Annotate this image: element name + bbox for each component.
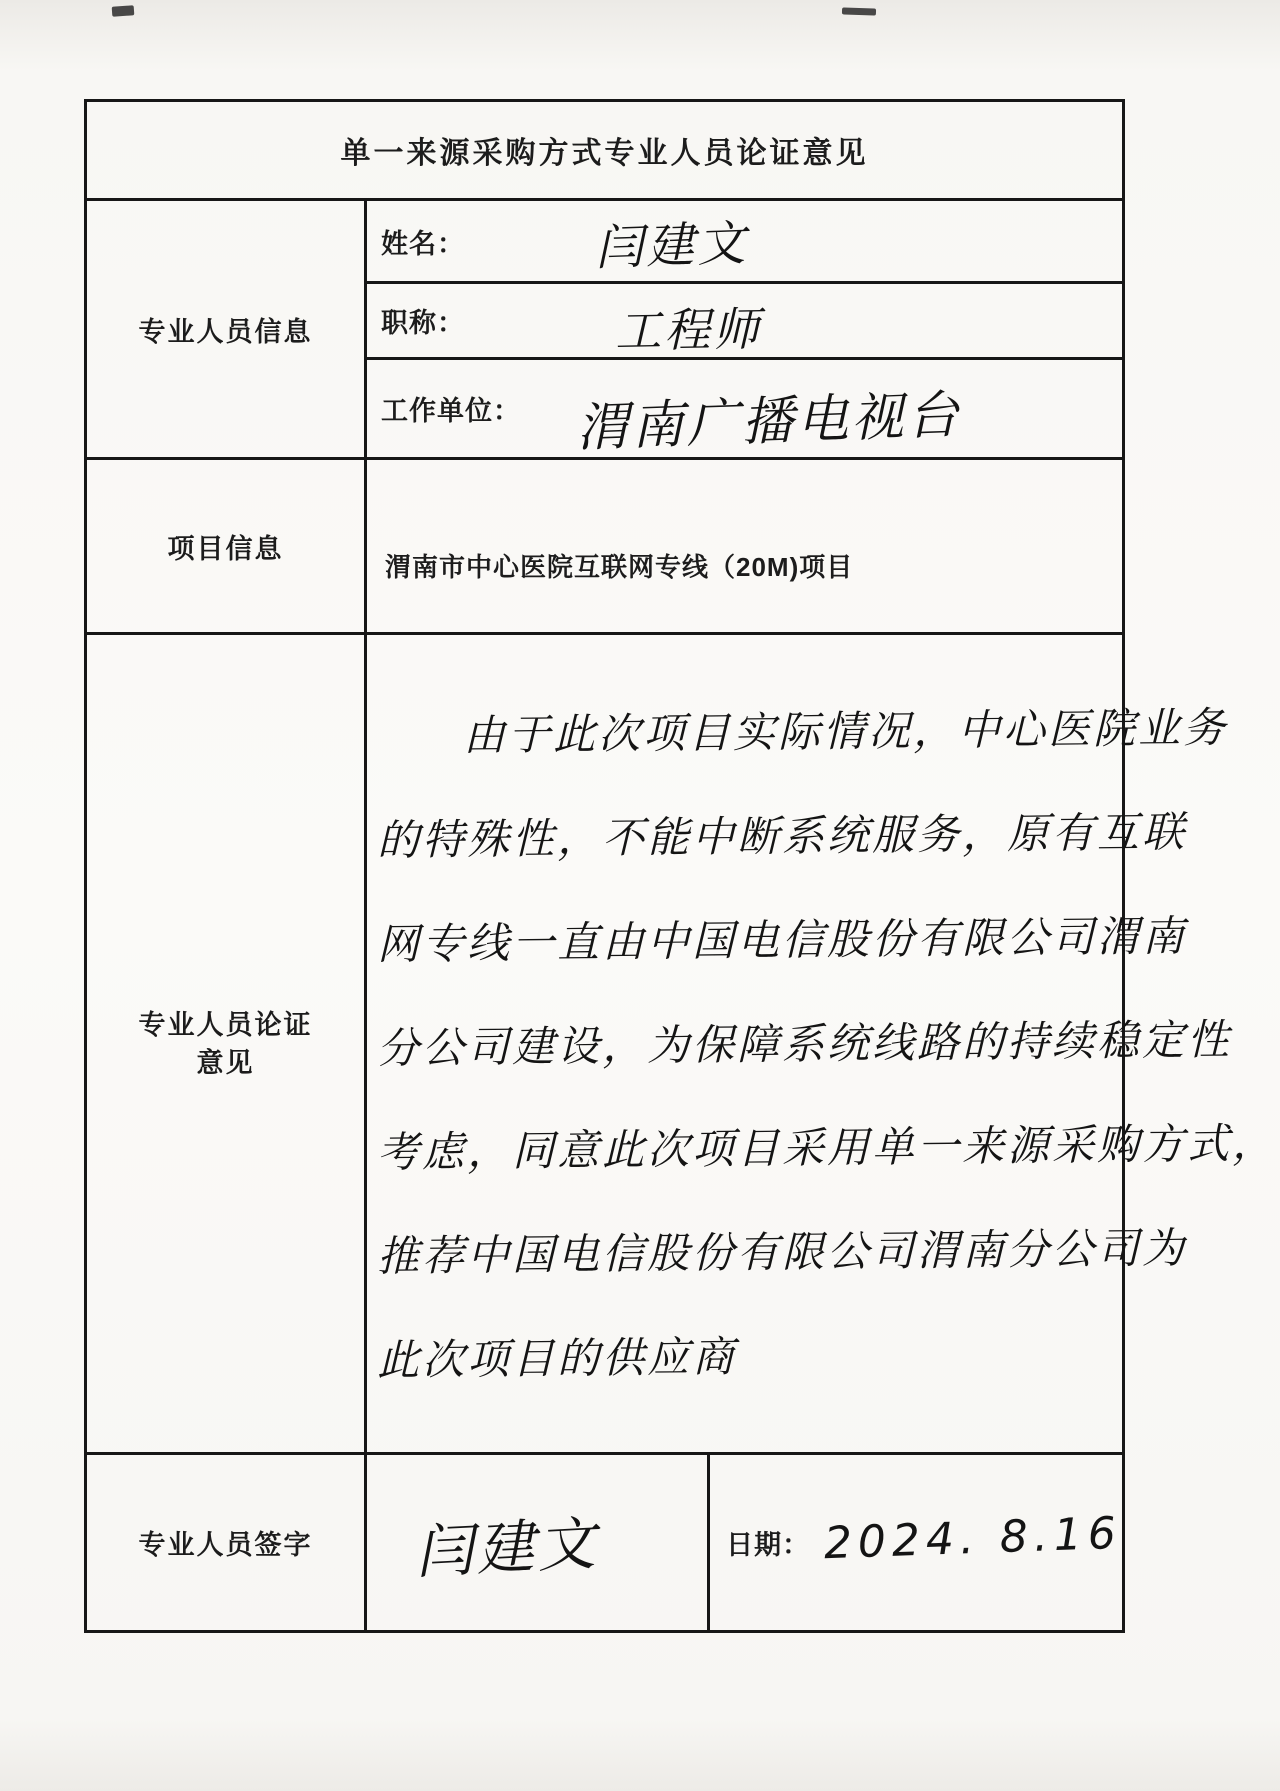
signature-section-label: 专业人员签字 bbox=[87, 1455, 367, 1630]
signature-handwritten-value: 闫建文 bbox=[413, 1496, 600, 1589]
opinion-label-line1: 专业人员论证 bbox=[139, 1006, 313, 1044]
opinion-row: 专业人员论证 意见 由于此次项目实际情况，中心医院业务 的特殊性，不能中断系统服… bbox=[87, 632, 1122, 1452]
work-unit-label: 工作单位： bbox=[381, 389, 521, 428]
opinion-line: 网专线一直由中国电信股份有限公司渭南 bbox=[376, 880, 1277, 993]
date-label: 日期： bbox=[726, 1523, 810, 1562]
personnel-section-label: 专业人员信息 bbox=[87, 201, 367, 457]
project-info-row: 项目信息 渭南市中心医院互联网专线（20M)项目 bbox=[87, 457, 1122, 632]
scanned-document-page: { "title": "单一来源采购方式专业人员论证意见", "personne… bbox=[0, 0, 1280, 1791]
project-section-label: 项目信息 bbox=[87, 460, 367, 632]
personnel-info-row: 专业人员信息 姓名： 闫建文 职称： 工程师 工作单位： 渭南广播电视台 bbox=[87, 198, 1122, 457]
opinion-line: 考虑，同意此次项目采用单一来源采购方式， bbox=[376, 1088, 1277, 1201]
title-row: 单一来源采购方式专业人员论证意见 bbox=[87, 102, 1122, 198]
form-title: 单一来源采购方式专业人员论证意见 bbox=[341, 128, 869, 172]
opinion-handwritten-text: 由于此次项目实际情况，中心医院业务 的特殊性，不能中断系统服务，原有互联 网专线… bbox=[367, 635, 1280, 1452]
name-field-row: 姓名： 闫建文 bbox=[367, 201, 1122, 281]
date-handwritten-value: 2024. 8.16 bbox=[823, 1508, 1123, 1569]
opinion-line: 由于此次项目实际情况，中心医院业务 bbox=[376, 672, 1277, 785]
project-value-cell: 渭南市中心医院互联网专线（20M)项目 bbox=[367, 460, 1122, 632]
scan-artifact-speck bbox=[112, 5, 135, 17]
opinion-line: 分公司建设，为保障系统线路的持续稳定性 bbox=[376, 984, 1277, 1097]
name-label: 姓名： bbox=[381, 222, 465, 261]
job-title-label: 职称： bbox=[381, 301, 465, 340]
argumentation-form-table: 单一来源采购方式专业人员论证意见 专业人员信息 姓名： 闫建文 职称： 工程师 … bbox=[84, 99, 1125, 1633]
signature-cell: 闫建文 bbox=[367, 1455, 710, 1630]
opinion-line: 推荐中国电信股份有限公司渭南分公司为 bbox=[376, 1192, 1277, 1305]
opinion-section-label: 专业人员论证 意见 bbox=[87, 635, 367, 1452]
opinion-line: 此次项目的供应商 bbox=[376, 1296, 1277, 1409]
work-unit-field-row: 工作单位： 渭南广播电视台 bbox=[367, 357, 1122, 457]
date-cell: 日期： 2024. 8.16 bbox=[710, 1455, 1122, 1630]
scan-artifact-speck bbox=[842, 7, 876, 15]
opinion-label-line2: 意见 bbox=[197, 1044, 255, 1082]
job-title-handwritten-value: 工程师 bbox=[615, 292, 763, 361]
personnel-fields: 姓名： 闫建文 职称： 工程师 工作单位： 渭南广播电视台 bbox=[367, 201, 1122, 457]
job-title-field-row: 职称： 工程师 bbox=[367, 281, 1122, 357]
opinion-line: 的特殊性，不能中断系统服务，原有互联 bbox=[376, 776, 1277, 889]
paper-sheet: 单一来源采购方式专业人员论证意见 专业人员信息 姓名： 闫建文 职称： 工程师 … bbox=[0, 0, 1280, 1791]
project-name-text: 渭南市中心医院互联网专线（20M)项目 bbox=[385, 547, 853, 584]
work-unit-handwritten-value: 渭南广播电视台 bbox=[575, 372, 962, 460]
name-handwritten-value: 闫建文 bbox=[594, 204, 749, 278]
signature-row: 专业人员签字 闫建文 日期： 2024. 8.16 bbox=[87, 1452, 1122, 1630]
